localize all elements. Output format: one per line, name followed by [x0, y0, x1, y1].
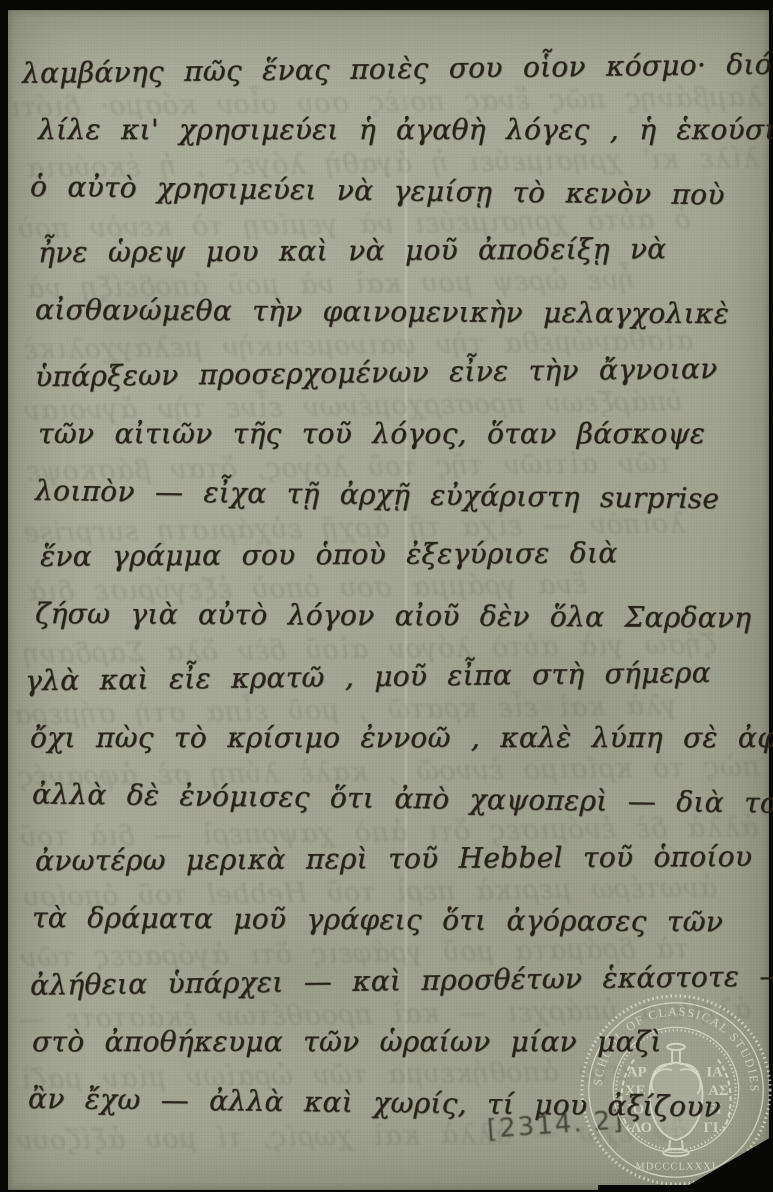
handwriting-layer: λαμβάνης πῶς ἕνας ποιὲς σου οἷον κόσμο· … [0, 0, 773, 1192]
handwritten-line: ὁ αὐτὸ χρησιμεύει νὰ γεμίσῃ τὸ κενὸν ποὺ [30, 169, 725, 210]
handwritten-line: αἰσθανώμεθα τὴν φαινομενικὴν μελαγχολικὲ [35, 293, 729, 330]
handwritten-line: λοιπὸν — εἶχα τῇ ἀρχῇ εὐχάριστη surprise [35, 473, 720, 514]
handwritten-line: ἂν ἔχω — ἀλλὰ καὶ χωρίς, τί μου ἀξίζουν [28, 1081, 721, 1122]
handwritten-line: τὰ δράματα μοῦ γράφεις ὅτι ἀγόρασες τῶν [32, 901, 723, 938]
handwritten-line: λίλε κι' χρησιμεύει ἡ ἀγαθὴ λόγες , ἡ ἑκ… [38, 113, 773, 146]
handwritten-line: στὸ ἀποθήκευμα τῶν ὡραίων μίαν μαζὶ [32, 1025, 662, 1058]
handwritten-line: ζήσω γιὰ αὐτὸ λόγον αἰοῦ δὲν ὅλα Σαρδανη [35, 597, 751, 634]
handwritten-line: ὄχι πὼς τὸ κρίσιμο ἐννοῶ , καλὲ λύπη σὲ … [30, 721, 773, 754]
handwritten-line: ἕνα γράμμα σου ὁποὺ ἐξεγύρισε διὰ [40, 537, 618, 574]
handwritten-line: ἀνωτέρω μερικὰ περὶ τοῦ Hebbel τοῦ ὁποίο… [35, 840, 752, 877]
handwritten-line: λαμβάνης πῶς ἕνας ποιὲς σου οἷον κόσμο· … [22, 47, 773, 89]
handwritten-line: ἦνε ὡρεψ μου καὶ νὰ μοῦ ἀποδείξῃ νὰ [38, 232, 667, 269]
handwritten-line: ὑπάρξεων προσερχομένων εἶνε τὴν ἄγνοιαν [35, 352, 718, 393]
handwritten-line: ἀλλὰ δὲ ἐνόμισες ὅτι ἀπὸ χαψοπερὶ — διὰ … [32, 777, 773, 819]
handwritten-line: ἀλήθεια ὑπάρχει — καὶ προσθέτων ἑκάστοτε… [30, 959, 773, 1001]
handwritten-line: γλὰ καὶ εἶε κρατῶ , μοῦ εἶπα στὴ σήμερα [25, 656, 711, 697]
scanned-letter: λαμβάνης πῶς ἕνας ποιὲς σου οἷον κόσμο· … [0, 0, 773, 1192]
handwritten-line: τῶν αἰτιῶν τῆς τοῦ λόγος, ὅταν βάσκοψε [38, 417, 705, 450]
